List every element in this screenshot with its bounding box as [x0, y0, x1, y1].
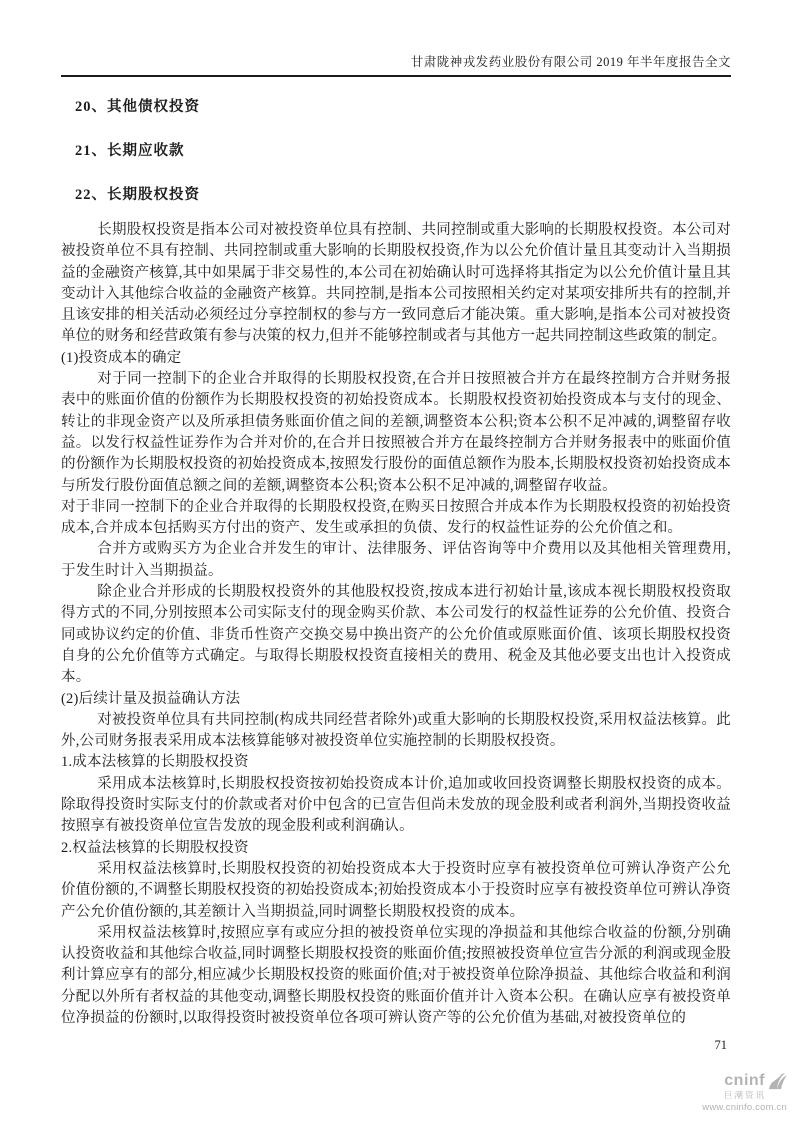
page-content: 甘肃陇神戎发药业股份有限公司 2019 年半年度报告全文 20、其他债权投资 2…	[61, 0, 731, 1029]
section-heading-21: 21、长期应收款	[75, 143, 731, 159]
paragraph: 采用权益法核算时,长期股权投资的初始投资成本大于投资时应享有被投资单位可辨认净资…	[61, 859, 731, 923]
paragraph: 对于非同一控制下的企业合并取得的长期股权投资,在购买日按照合并成本作为长期股权投…	[61, 497, 731, 540]
section-22-body: 长期股权投资是指本公司对被投资单位具有控制、共同控制或重大影响的长期股权投资。本…	[61, 220, 731, 1029]
cninfo-logo-row: cninf	[702, 1072, 787, 1090]
paragraph: 合并方或购买方为企业合并发生的审计、法律服务、评估咨询等中介费用以及其他相关管理…	[61, 539, 731, 582]
paragraph: 2.权益法核算的长期股权投资	[61, 838, 731, 859]
section-heading-20: 20、其他债权投资	[75, 99, 731, 115]
paragraph: (1)投资成本的确定	[61, 348, 731, 369]
paragraph: (2)后续计量及损益确认方法	[61, 689, 731, 710]
cninfo-swirl-icon	[767, 1072, 787, 1090]
paragraph: 对于同一控制下的企业合并取得的长期股权投资,在合并日按照被合并方在最终控制方合并…	[61, 369, 731, 497]
paragraph: 除企业合并形成的长期股权投资外的其他股权投资,按成本进行初始计量,该成本视长期股…	[61, 582, 731, 688]
paragraph: 长期股权投资是指本公司对被投资单位具有控制、共同控制或重大影响的长期股权投资。本…	[61, 220, 731, 348]
section-heading-22: 22、长期股权投资	[75, 187, 731, 203]
cninfo-logo: cninf 巨潮资讯 www.cninfo.com.cn	[702, 1072, 787, 1112]
cninfo-brand-text: cninf	[724, 1073, 765, 1089]
paragraph: 1.成本法核算的长期股权投资	[61, 752, 731, 773]
document-page: 甘肃陇神戎发药业股份有限公司 2019 年半年度报告全文 20、其他债权投资 2…	[0, 0, 793, 1122]
paragraph: 采用权益法核算时,按照应享有或应分担的被投资单位实现的净损益和其他综合收益的份额…	[61, 923, 731, 1029]
header-divider	[61, 75, 731, 77]
cninfo-chinese-name: 巨潮资讯	[702, 1091, 787, 1100]
paragraph: 对被投资单位具有共同控制(构成共同经营者除外)或重大影响的长期股权投资,采用权益…	[61, 710, 731, 753]
report-header-title: 甘肃陇神戎发药业股份有限公司 2019 年半年度报告全文	[61, 0, 731, 70]
paragraph: 采用成本法核算时,长期股权投资按初始投资成本计价,追加或收回投资调整长期股权投资…	[61, 774, 731, 838]
page-number: 71	[715, 1038, 728, 1053]
cninfo-url: www.cninfo.com.cn	[702, 1103, 787, 1113]
